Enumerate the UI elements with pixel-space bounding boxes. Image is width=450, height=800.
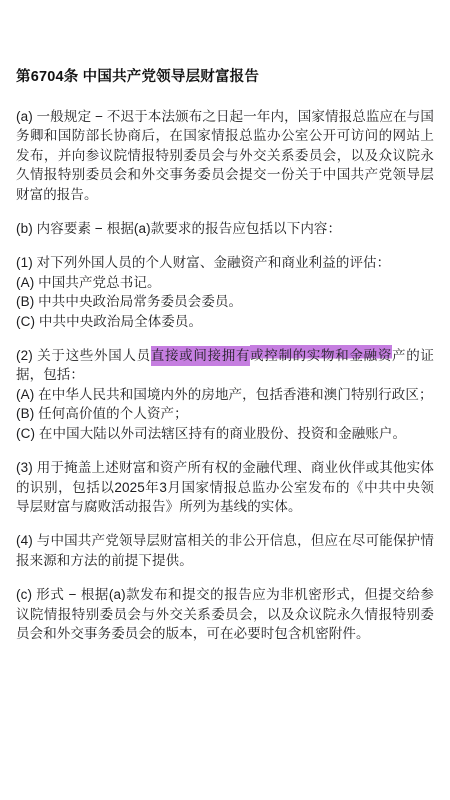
paragraph-b3: (3) 用于掩盖上述财富和资产所有权的金融代理、商业伙伴或其他实体的识别，包括以… xyxy=(16,458,434,516)
highlighted-text-top: 或控制的实物和金融资 xyxy=(250,345,392,363)
list-item: (A) 中国共产党总书记。 xyxy=(16,273,434,292)
clause-text: (2) 关于这些外国人员 xyxy=(16,348,151,363)
paragraph-b4: (4) 与中国共产党领导层财富相关的非公开信息，但应在尽可能保护情报来源和方法的… xyxy=(16,531,434,570)
clause-lead: (1) 对下列外国人员的个人财富、金融资产和商业利益的评估： xyxy=(16,253,434,272)
list-item: (B) 中共中央政治局常务委员会委员。 xyxy=(16,292,434,311)
list-item: (B) 任何高价值的个人资产； xyxy=(16,404,434,423)
paragraph-a: (a) 一般规定 − 不迟于本法颁布之日起一年内，国家情报总监应在与国务卿和国防… xyxy=(16,107,434,204)
section-title: 第6704条 中国共产党领导层财富报告 xyxy=(16,67,434,87)
document-page: 第6704条 中国共产党领导层财富报告 (a) 一般规定 − 不迟于本法颁布之日… xyxy=(0,0,450,643)
list-item: (C) 中共中央政治局全体委员。 xyxy=(16,312,434,331)
paragraph-c: (c) 形式 − 根据(a)款发布和提交的报告应为非机密形式，但提交给参议院情报… xyxy=(16,585,434,643)
highlighted-text-full: 直接或间接拥有 xyxy=(151,346,250,366)
list-item: (C) 在中国大陆以外司法辖区持有的商业股份、投资和金融账户。 xyxy=(16,424,434,443)
paragraph-b: (b) 内容要素 − 根据(a)款要求的报告应包括以下内容： xyxy=(16,219,434,238)
paragraph-b1: (1) 对下列外国人员的个人财富、金融资产和商业利益的评估： (A) 中国共产党… xyxy=(16,253,434,331)
list-item: (A) 在中华人民共和国境内外的房地产，包括香港和澳门特别行政区； xyxy=(16,385,434,404)
clause-lead: (2) 关于这些外国人员直接或间接拥有或控制的实物和金融资产的证据，包括： xyxy=(16,346,434,385)
paragraph-b2: (2) 关于这些外国人员直接或间接拥有或控制的实物和金融资产的证据，包括： (A… xyxy=(16,346,434,443)
